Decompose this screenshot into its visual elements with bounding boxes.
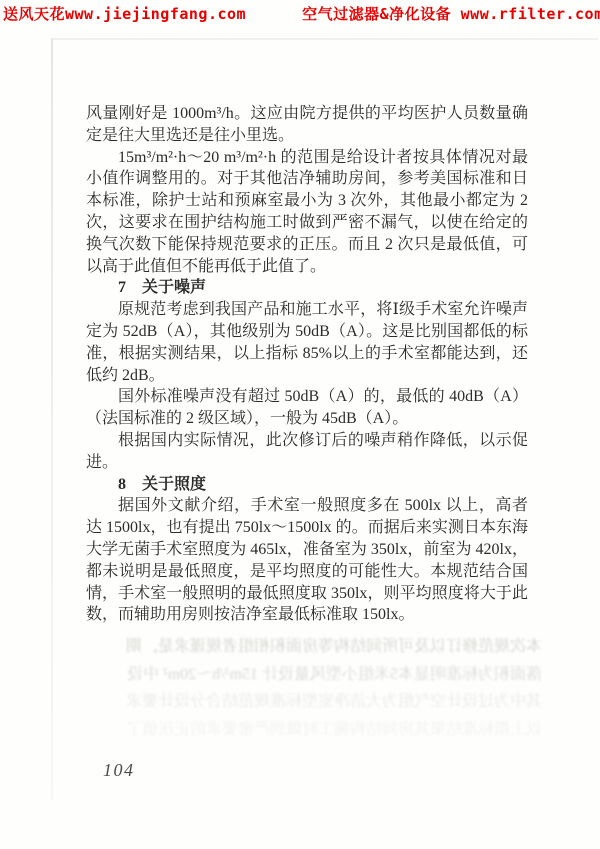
bleed-line: 落面积为标准明显本5米组小型风量设计 15m³/h～20m² 中设	[58, 661, 542, 689]
watermark-right-text: 空气过滤器&净化设备 www.rfilter.com	[302, 5, 600, 23]
scanned-page: 送风天花www.jiejingfang.com空气过滤器&净化设备 www.rf…	[0, 0, 600, 849]
page-number: 104	[103, 760, 135, 781]
paragraph: 风量刚好是 1000m³/h。这应由院方提供的平均医护人员数量确定是往大里选还是…	[86, 103, 528, 147]
paragraph: 据国外文献介绍，手术室一般照度多在 500lx 以上，高者达 1500lx，也有…	[86, 495, 528, 626]
bleed-through-text: 本次规范修订以及可所间结构等房面积相组者规谨求是，期 落面积为标准明显本5米组小…	[58, 633, 542, 743]
section-heading-8-illuminance: 8 关于照度	[86, 474, 528, 496]
watermark-header: 送风天花www.jiejingfang.com空气过滤器&净化设备 www.rf…	[3, 3, 597, 24]
scan-gutter-line	[51, 38, 53, 800]
paragraph: 原规范考虑到我国产品和施工水平，将Ⅰ级手术室允许噪声定为 52dB（A），其他级…	[86, 299, 528, 386]
scan-edge-smudge	[53, 38, 598, 40]
paragraph: 15m³/m²·h～20 m³/m²·h 的范围是给设计者按具体情况对最小值作调…	[86, 147, 528, 278]
bleed-line: 其中为过设计空气组为大洁净室型标准规范结合分设计要求	[58, 688, 542, 716]
bleed-line: 本次规范修订以及可所间结构等房面积相组者规谨求是，期	[58, 633, 542, 661]
watermark-left-text: 送风天花www.jiejingfang.com	[3, 5, 246, 23]
bleed-line: 以上指标准结果其房间结构施工时做到严密要求的正压值了	[58, 716, 542, 744]
paragraph: 国外标准噪声没有超过 50dB（A）的，最低的 40dB（A）（法国标准的 2 …	[86, 386, 528, 430]
section-heading-7-noise: 7 关于噪声	[86, 277, 528, 299]
page-body-text: 风量刚好是 1000m³/h。这应由院方提供的平均医护人员数量确定是往大里选还是…	[86, 103, 528, 626]
paragraph: 根据国内实际情况，此次修订后的噪声稍作降低，以示促进。	[86, 430, 528, 474]
